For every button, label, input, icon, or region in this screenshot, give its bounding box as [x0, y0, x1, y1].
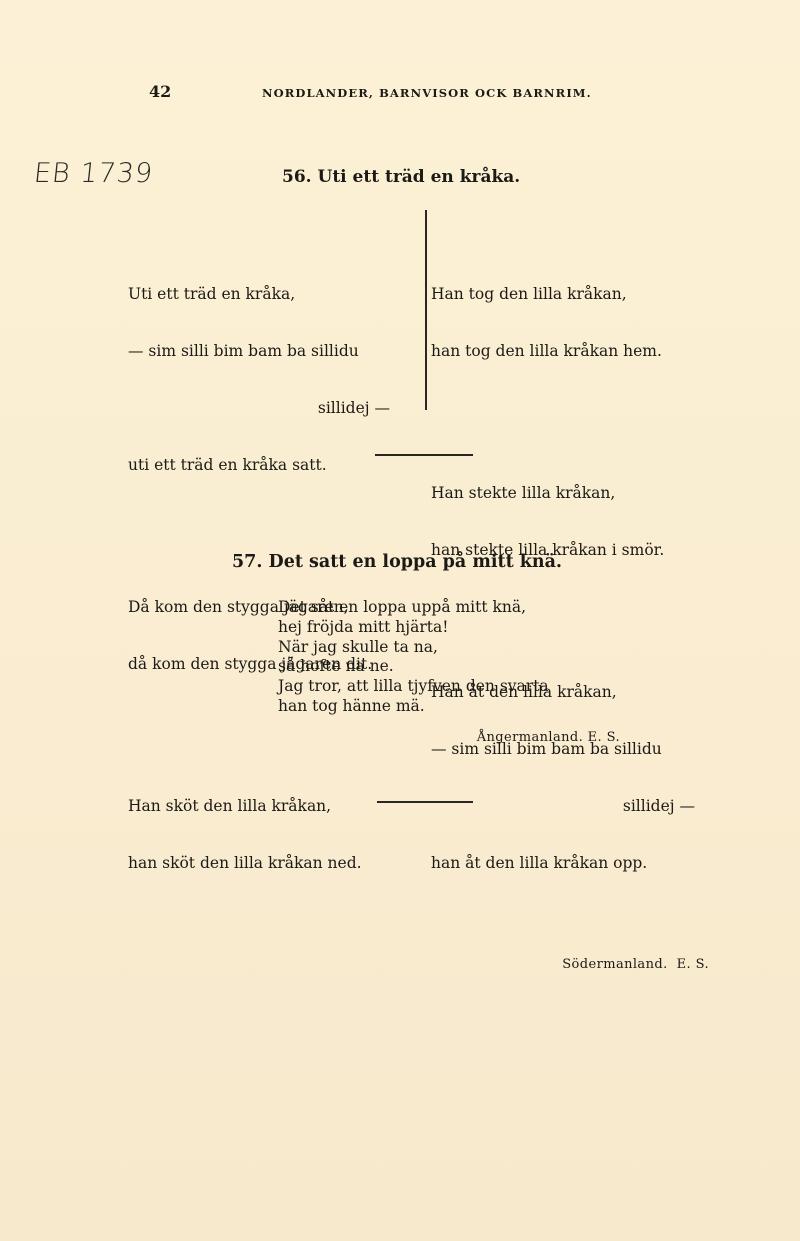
stanza: Han stekte lilla kråkan, han stekte lill…	[431, 446, 723, 598]
verse-line: sillidej —	[431, 797, 723, 816]
song-56-left-column: Uti ett träd en kråka, — sim silli bim b…	[128, 209, 420, 958]
verse-line: När jag skulle ta na,	[278, 638, 623, 658]
handwritten-catalog-note: EB 1739	[32, 158, 154, 189]
verse-line: han sköt den lilla kråkan ned.	[128, 854, 420, 873]
verse-line: — sim silli bim bam ba sillidu	[128, 342, 420, 361]
column-divider	[425, 210, 427, 410]
song-56-source: Södermanland. E. S.	[431, 955, 723, 974]
verse-line: sillidej —	[128, 399, 420, 418]
page-number: 42	[149, 82, 171, 101]
verse-line: han tog den lilla kråkan hem.	[431, 342, 723, 361]
verse-line: Han tog den lilla kråkan,	[431, 285, 723, 304]
verse-line: Det såt en loppa uppå mitt knä,	[278, 598, 623, 618]
verse-line: han åt den lilla kråkan opp.	[431, 854, 723, 873]
stanza: Han tog den lilla kråkan, han tog den li…	[431, 247, 723, 399]
song-57-text: Det såt en loppa uppå mitt knä, hej fröj…	[278, 598, 623, 717]
running-title: NORDLANDER, BARNVISOR OCK BARNRIM.	[262, 86, 592, 100]
verse-line: Uti ett träd en kråka,	[128, 285, 420, 304]
verse-line: Jag tror, att lilla tjyfven den svarta	[278, 677, 623, 697]
verse-line: han tog hänne mä.	[278, 697, 623, 717]
verse-line: Han sköt den lilla kråkan,	[128, 797, 420, 816]
section-divider	[375, 454, 473, 456]
stanza: Han sköt den lilla kråkan, han sköt den …	[128, 759, 420, 911]
verse-line: så hofte na ne.	[278, 657, 623, 677]
verse-line: hej fröjda mitt hjärta!	[278, 618, 623, 638]
song-57-title: 57. Det satt en loppa på mitt knä.	[232, 552, 562, 572]
verse-line: uti ett träd en kråka satt.	[128, 456, 420, 475]
stanza: Uti ett träd en kråka, — sim silli bim b…	[128, 247, 420, 513]
verse-line: Han stekte lilla kråkan,	[431, 484, 723, 503]
song-57-source: Ångermanland. E. S.	[477, 730, 620, 745]
section-divider	[377, 801, 473, 803]
book-page: 42 NORDLANDER, BARNVISOR OCK BARNRIM. EB…	[0, 0, 800, 1241]
song-56-title: 56. Uti ett träd en kråka.	[282, 167, 520, 187]
